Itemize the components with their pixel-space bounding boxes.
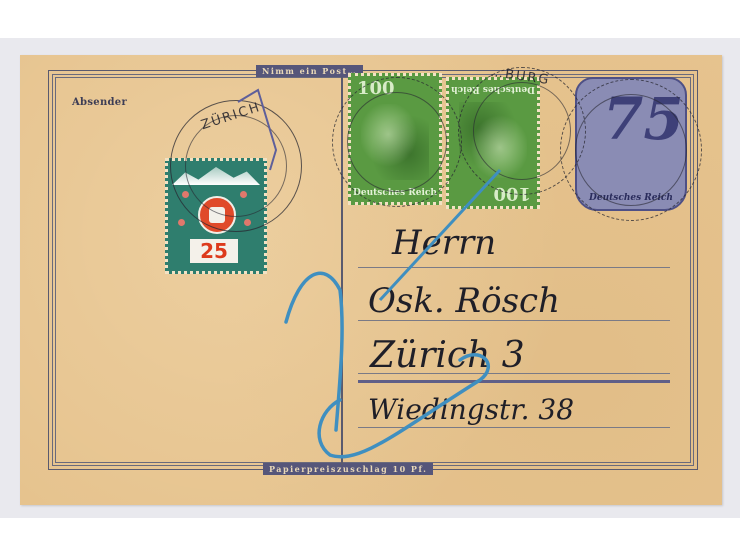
handwritten-marks: [0, 0, 740, 557]
blue-crayon-stroke: [380, 170, 500, 300]
blue-crayon-mark: [286, 273, 342, 430]
pen-mark: [238, 90, 276, 170]
blue-crayon-mark: [319, 355, 488, 457]
